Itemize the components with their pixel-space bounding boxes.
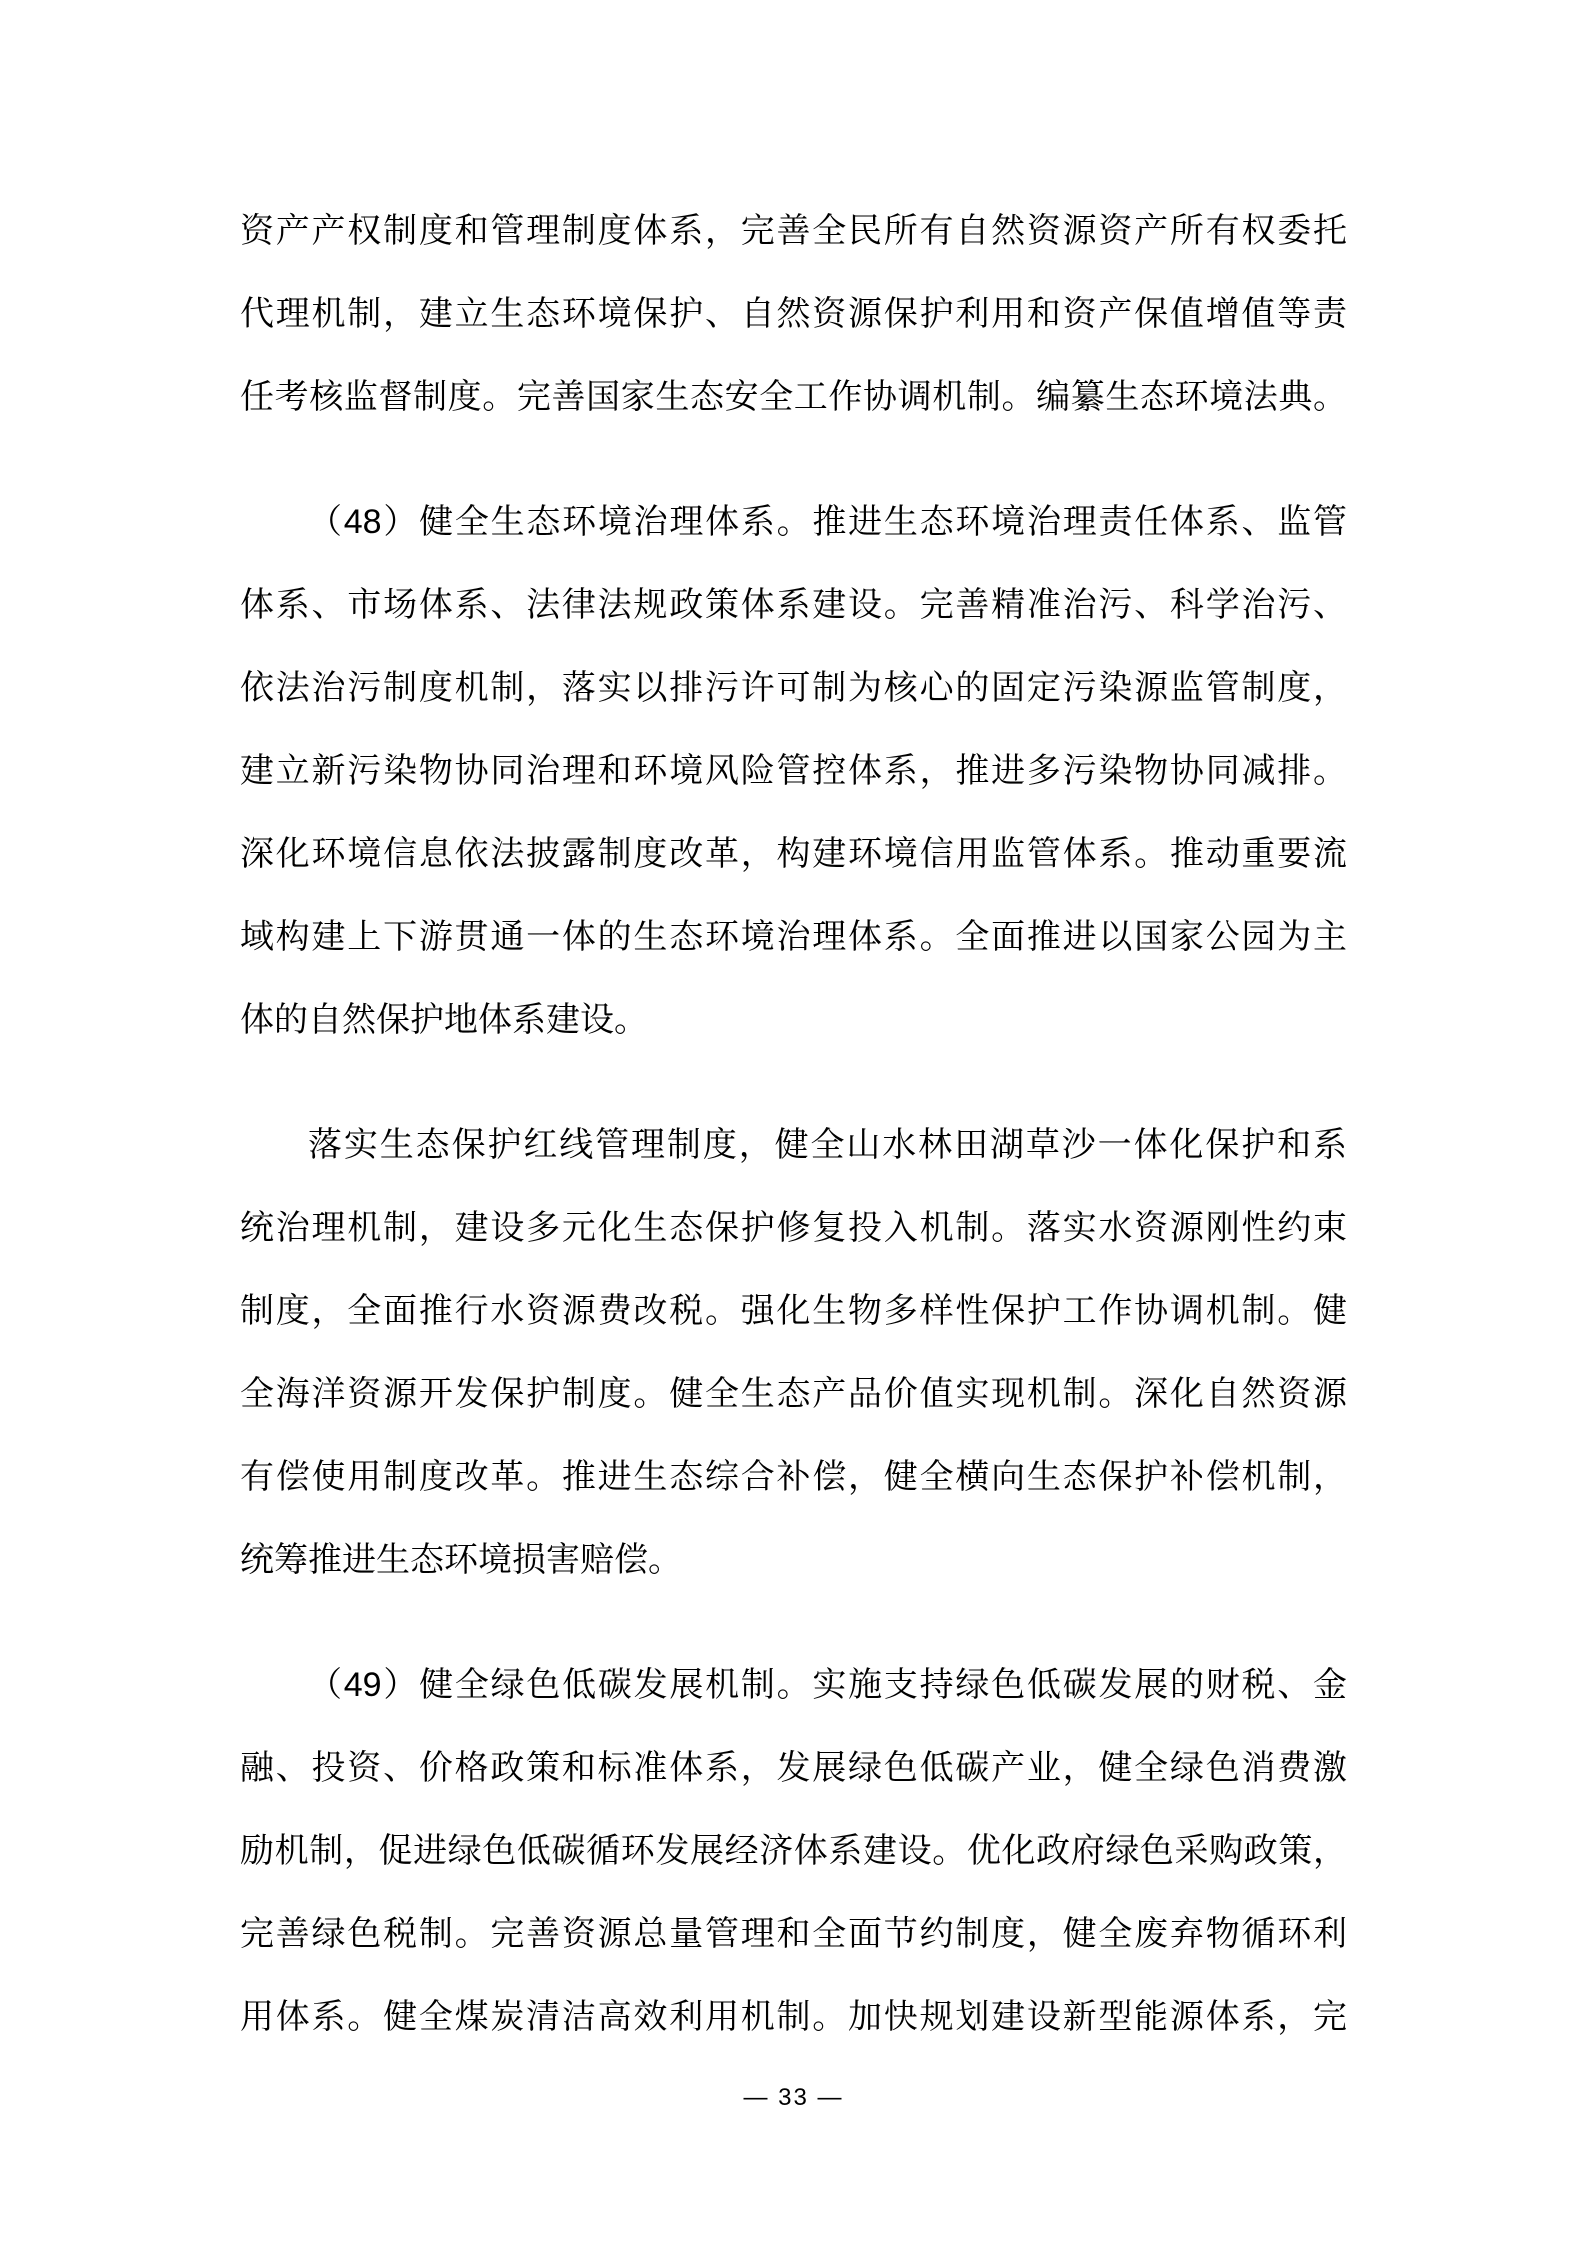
paragraph-line: 统治理机制，建设多元化生态保护修复投入机制。落实水资源刚性约束 [240, 1187, 1347, 1270]
paragraph-line: 落实生态保护红线管理制度，健全山水林田湖草沙一体化保护和系 [240, 1104, 1347, 1187]
page-number: — 33 — [0, 2082, 1587, 2114]
paragraph-line: 完善绿色税制。完善资源总量管理和全面节约制度，健全废弃物循环利 [240, 1893, 1347, 1976]
paragraph-line: 全海洋资源开发保护制度。健全生态产品价值实现机制。深化自然资源 [240, 1353, 1347, 1436]
paragraph-line: 域构建上下游贯通一体的生态环境治理体系。全面推进以国家公园为主 [240, 896, 1347, 979]
paragraph-49: （49）健全绿色低碳发展机制。实施支持绿色低碳发展的财税、金融、投资、价格政策和… [240, 1644, 1347, 2059]
paragraph-47-continuation: 资产产权制度和管理制度体系，完善全民所有自然资源资产所有权委托代理机制，建立生态… [240, 190, 1347, 439]
document-body: 资产产权制度和管理制度体系，完善全民所有自然资源资产所有权委托代理机制，建立生态… [240, 190, 1347, 2101]
paragraph-line: 依法治污制度机制，落实以排污许可制为核心的固定污染源监管制度， [240, 647, 1347, 730]
paragraph-line: 体系、市场体系、法律法规政策体系建设。完善精准治污、科学治污、 [240, 564, 1347, 647]
paragraph-line: 资产产权制度和管理制度体系，完善全民所有自然资源资产所有权委托 [240, 190, 1347, 273]
paragraph-line: 制度，全面推行水资源费改税。强化生物多样性保护工作协调机制。健 [240, 1270, 1347, 1353]
paragraph-line: 代理机制，建立生态环境保护、自然资源保护利用和资产保值增值等责 [240, 273, 1347, 356]
paragraph-line: 用体系。健全煤炭清洁高效利用机制。加快规划建设新型能源体系，完 [240, 1976, 1347, 2059]
paragraph-line: 统筹推进生态环境损害赔偿。 [240, 1519, 1347, 1602]
paragraph-48: （48）健全生态环境治理体系。推进生态环境治理责任体系、监管体系、市场体系、法律… [240, 481, 1347, 1062]
paragraph-line: 融、投资、价格政策和标准体系，发展绿色低碳产业，健全绿色消费激 [240, 1727, 1347, 1810]
paragraph-line: 有偿使用制度改革。推进生态综合补偿，健全横向生态保护补偿机制， [240, 1436, 1347, 1519]
document-page: 资产产权制度和管理制度体系，完善全民所有自然资源资产所有权委托代理机制，建立生态… [0, 0, 1587, 2245]
paragraph-line: （49）健全绿色低碳发展机制。实施支持绿色低碳发展的财税、金 [240, 1644, 1347, 1727]
paragraph-line: 建立新污染物协同治理和环境风险管控体系，推进多污染物协同减排。 [240, 730, 1347, 813]
paragraph-ecological-redline: 落实生态保护红线管理制度，健全山水林田湖草沙一体化保护和系统治理机制，建设多元化… [240, 1104, 1347, 1602]
paragraph-line: 任考核监督制度。完善国家生态安全工作协调机制。编纂生态环境法典。 [240, 356, 1347, 439]
paragraph-line: 深化环境信息依法披露制度改革，构建环境信用监管体系。推动重要流 [240, 813, 1347, 896]
paragraph-line: 励机制，促进绿色低碳循环发展经济体系建设。优化政府绿色采购政策， [240, 1810, 1347, 1893]
paragraph-line: （48）健全生态环境治理体系。推进生态环境治理责任体系、监管 [240, 481, 1347, 564]
paragraph-line: 体的自然保护地体系建设。 [240, 979, 1347, 1062]
